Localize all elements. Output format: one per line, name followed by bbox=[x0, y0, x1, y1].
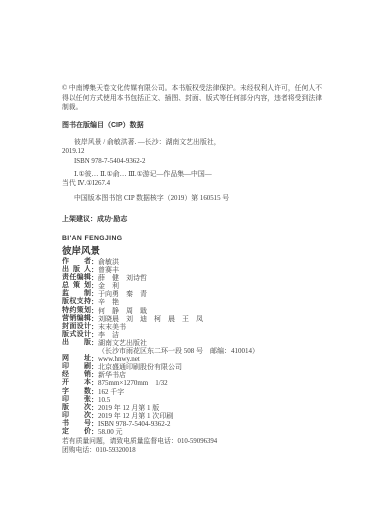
credit-value: 2019 年 12 月第 1 次印刷 bbox=[98, 412, 173, 420]
cip-classification-line-1: Ⅰ.①彼… Ⅱ.①俞… Ⅲ.①游记—作品集—中国— bbox=[62, 170, 314, 179]
credit-value: 湖南文艺出版社 bbox=[98, 339, 147, 347]
credit-value: 875mm×1270mm 1/32 bbox=[98, 379, 168, 387]
credit-row-website: 网址：www.hnwy.net bbox=[62, 355, 352, 363]
credit-label: 版次 bbox=[62, 404, 91, 412]
credit-label: 印张 bbox=[62, 396, 91, 404]
quality-hotline-note: 若有质量问题，请致电质量监督电话：010-59096394 bbox=[62, 438, 217, 447]
credit-value: 何 静 周 戢 bbox=[98, 307, 147, 315]
credit-row-cover-design: 封面设计：末末美书 bbox=[62, 323, 352, 331]
credit-row-format: 开本：875mm×1270mm 1/32 bbox=[62, 379, 352, 387]
credit-label: 版权支持 bbox=[62, 298, 91, 306]
credit-value: 薛 健 刘诗哲 bbox=[98, 274, 147, 282]
book-title-cn: 彼岸风景 bbox=[62, 243, 100, 257]
credit-value: 162 千字 bbox=[98, 388, 124, 396]
credit-row-rights-support: 版权支持：辛 艳 bbox=[62, 298, 352, 306]
credit-row-book-number: 书号：ISBN 978-7-5404-9362-2 bbox=[62, 420, 352, 428]
credit-label: 书号 bbox=[62, 420, 91, 428]
credit-row-sheets: 印张：10.5 bbox=[62, 396, 352, 404]
credit-colon: ： bbox=[91, 259, 98, 266]
publisher-address: （长沙市雨花区东二环一段 508 号 邮编：410014） bbox=[62, 347, 259, 355]
credit-colon: ： bbox=[91, 324, 98, 331]
credit-value: 辛 艳 bbox=[98, 298, 119, 306]
colophon-page: © 中南博集天卷文化传媒有限公司。本书版权受法律保护。未经权利人许可，任何人不得… bbox=[0, 0, 375, 518]
credit-value: ISBN 978-7-5404-9362-2 bbox=[98, 420, 171, 428]
book-title-pinyin: BI'AN FENGJING bbox=[62, 235, 122, 242]
credit-colon: ： bbox=[91, 405, 98, 412]
credit-value: 2019 年 12 月第 1 版 bbox=[98, 404, 159, 412]
cip-classification-line-2: 当代 Ⅳ.①I267.4 bbox=[62, 179, 314, 188]
credit-colon: ： bbox=[91, 332, 98, 339]
credit-label: 出版人 bbox=[62, 266, 91, 274]
credit-colon: ： bbox=[91, 413, 98, 420]
credit-colon: ： bbox=[91, 267, 98, 274]
credit-value: 刘晓晨 刘 迪 柯 晨 王 凤 bbox=[98, 315, 203, 323]
credit-colon: ： bbox=[91, 316, 98, 323]
credit-value: 末末美书 bbox=[98, 323, 126, 331]
cip-record-number-line: 中国版本图书馆 CIP 数据核字（2019）第 160515 号 bbox=[62, 194, 314, 203]
credit-value: 58.00 元 bbox=[98, 428, 123, 436]
credit-label: 定价 bbox=[62, 428, 91, 436]
credit-row-special-planning: 特约策划：何 静 周 戢 bbox=[62, 307, 352, 315]
credit-label: 字数 bbox=[62, 388, 91, 396]
publisher-address-row: （长沙市雨花区东二环一段 508 号 邮编：410014） bbox=[62, 347, 352, 355]
credit-row-impression: 印次：2019 年 12 月第 1 次印刷 bbox=[62, 412, 352, 420]
credit-colon: ： bbox=[91, 283, 98, 290]
credit-colon: ： bbox=[91, 372, 98, 379]
credit-colon: ： bbox=[91, 340, 98, 347]
credit-row-layout-design: 版式设计：李 洁 bbox=[62, 331, 352, 339]
cip-heading: 图书在版编目（CIP）数据 bbox=[62, 121, 314, 130]
credit-row-publishing-house: 出版：湖南文艺出版社 bbox=[62, 339, 352, 347]
credit-colon: ： bbox=[91, 308, 98, 315]
credit-label: 特约策划 bbox=[62, 307, 91, 315]
bottom-notes: 若有质量问题，请致电质量监督电话：010-59096394 团购电话：010-5… bbox=[62, 438, 217, 456]
credit-value: 俞敏洪 bbox=[98, 258, 119, 266]
credit-value: 10.5 bbox=[98, 396, 110, 404]
credit-colon: ： bbox=[91, 275, 98, 282]
cip-year-line: 2019.12 bbox=[62, 147, 314, 156]
credit-label: 营销编辑 bbox=[62, 315, 91, 323]
credit-label: 出版 bbox=[62, 339, 91, 347]
credit-row-marketing-editors: 营销编辑：刘晓晨 刘 迪 柯 晨 王 凤 bbox=[62, 315, 352, 323]
credit-colon: ： bbox=[91, 291, 98, 298]
credit-value: www.hnwy.net bbox=[98, 355, 140, 363]
credit-row-edition: 版次：2019 年 12 月第 1 版 bbox=[62, 404, 352, 412]
credit-label: 作者 bbox=[62, 258, 91, 266]
credit-colon: ： bbox=[91, 421, 98, 428]
credit-colon: ： bbox=[91, 389, 98, 396]
cip-block: 图书在版编目（CIP）数据 彼岸风景 / 俞敏洪著. —长沙：湖南文艺出版社， … bbox=[62, 121, 314, 203]
credit-row-author: 作者：俞敏洪 bbox=[62, 258, 352, 266]
credit-label: 网址 bbox=[62, 355, 91, 363]
credit-label: 开本 bbox=[62, 379, 91, 387]
credit-colon: ： bbox=[91, 380, 98, 387]
credit-colon: ： bbox=[91, 397, 98, 404]
cip-title-line: 彼岸风景 / 俞敏洪著. —长沙：湖南文艺出版社， bbox=[62, 138, 314, 147]
credit-label: 封面设计 bbox=[62, 323, 91, 331]
credit-colon: ： bbox=[91, 299, 98, 306]
copyright-notice: © 中南博集天卷文化传媒有限公司。本书版权受法律保护。未经权利人许可，任何人不得… bbox=[62, 84, 322, 113]
credit-label: 版式设计 bbox=[62, 331, 91, 339]
credit-value: 李 洁 bbox=[98, 331, 119, 339]
credit-row-price: 定价：58.00 元 bbox=[62, 428, 352, 436]
credit-label: 印次 bbox=[62, 412, 91, 420]
shelf-suggestion: 上架建议：成功·励志 bbox=[62, 214, 127, 224]
credit-colon: ： bbox=[91, 429, 98, 436]
credit-row-publisher-person: 出版人：曾赛丰 bbox=[62, 266, 352, 274]
cip-isbn-line: ISBN 978-7-5404-9362-2 bbox=[62, 157, 314, 166]
credits-list: 作者：俞敏洪 出版人：曾赛丰 责任编辑：薛 健 刘诗哲 总策划：金 利 监制：于… bbox=[62, 258, 352, 436]
credit-value: 曾赛丰 bbox=[98, 266, 119, 274]
credit-colon: ： bbox=[91, 356, 98, 363]
credit-colon: ： bbox=[91, 364, 98, 371]
credit-row-word-count: 字数：162 千字 bbox=[62, 388, 352, 396]
group-purchase-note: 团购电话：010-59320018 bbox=[62, 447, 217, 456]
